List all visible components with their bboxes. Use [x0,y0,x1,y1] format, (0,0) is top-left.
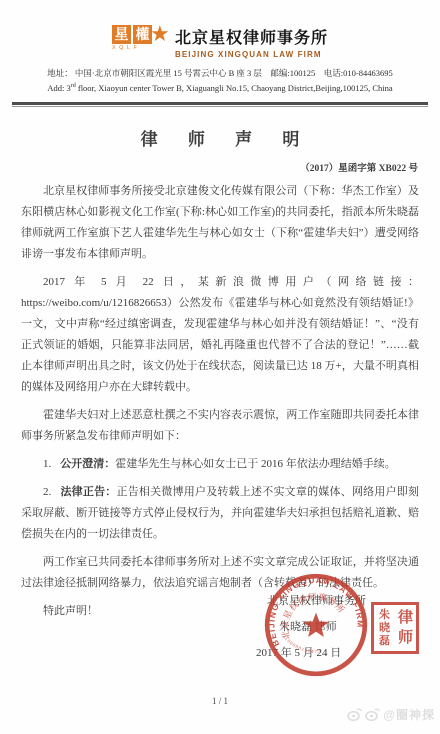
item-2-label: 法律正告： [60,486,116,498]
item-1-label: 公开澄清： [60,458,115,470]
square-seal-title-column: 律师 [395,605,416,651]
firm-round-seal-icon: BEIJING XINGQUAN LAW FIRM 北京星权律师事务所 1100… [263,572,369,678]
list-item-1: 1.公开澄清：霍建华先生与林心如女士已于 2016 年依法办理结婚手续。 [21,454,419,475]
paragraph-2: 2017 年 5 月 22 日，某新浪微博用户（网络链接：https://wei… [21,272,419,398]
xingquan-logo-icon: 星 權 ★ XQLF [112,25,168,59]
logo-char-block: 星 [112,25,131,44]
svg-text:1100000150477: 1100000150477 [281,635,321,656]
reference-number: （2017）星函字第 XB022 号 [0,160,418,174]
legal-statement-page: 星 權 ★ XQLF 北京星权律师事务所 BEIJING XINGQUAN LA… [0,0,440,734]
weibo-eye-icon [365,708,380,721]
weibo-watermark: @圈神探 [347,706,435,723]
page-number: 1 / 1 [0,696,440,706]
paragraph-3: 霍建华夫妇对上述恶意杜撰之不实内容表示震惊，两工作室随即共同委托本律师事务所紧急… [21,405,419,447]
list-item-2: 2.法律正告：正告相关微博用户及转载上述不实文章的媒体、网络用户即刻采取屏蔽、断… [21,482,419,545]
letterhead-divider [12,102,428,107]
document-title: 律 师 声 明 [0,125,440,150]
address-line-cn: 地址： 中国·北京市朝阳区霞光里 15 号霄云中心 B 座 3 层 邮编:100… [0,67,440,80]
lawyer-square-seal-icon: 朱晓磊 律师 [371,602,419,654]
firm-logo-row: 星 權 ★ XQLF 北京星权律师事务所 BEIJING XINGQUAN LA… [0,25,440,59]
firm-name-cn: 北京星权律师事务所 [175,25,328,48]
seal-star-icon [303,613,329,637]
address-en-rest: floor, Xiaoyun center Tower B, Xiaguangl… [76,83,393,93]
square-seal-name-column: 朱晓磊 [374,605,395,651]
address-line-en: Add: 3rd floor, Xiaoyun center Tower B, … [0,80,440,95]
seal-serial-number: 1100000150477 [281,635,321,656]
document-body: 北京星权律师事务所接受北京建俊文化传媒有限公司（下称：华杰工作室）及东阳横店林心… [21,181,419,622]
letterhead: 星 權 ★ XQLF 北京星权律师事务所 BEIJING XINGQUAN LA… [0,0,440,107]
item-2-number: 2. [43,486,51,498]
signature-block: 北京星权律师事务所 朱晓磊 律师 2017 年 5 月 24 日 BEIJING… [0,566,440,686]
paragraph-1: 北京星权律师事务所接受北京建俊文化传媒有限公司（下称：华杰工作室）及东阳横店林心… [21,181,419,265]
item-1-text: 霍建华先生与林心如女士已于 2016 年依法办理结婚手续。 [115,458,396,470]
address-en-prefix: Add: 3 [47,83,70,93]
firm-name-en: BEIJING XINGQUAN LAW FIRM [175,50,328,59]
watermark-handle: @圈神探 [383,706,435,723]
firm-names: 北京星权律师事务所 BEIJING XINGQUAN LAW FIRM [175,25,328,59]
item-1-number: 1. [43,458,51,470]
star-icon: ★ [150,23,170,45]
weibo-eye-icon [347,708,362,721]
